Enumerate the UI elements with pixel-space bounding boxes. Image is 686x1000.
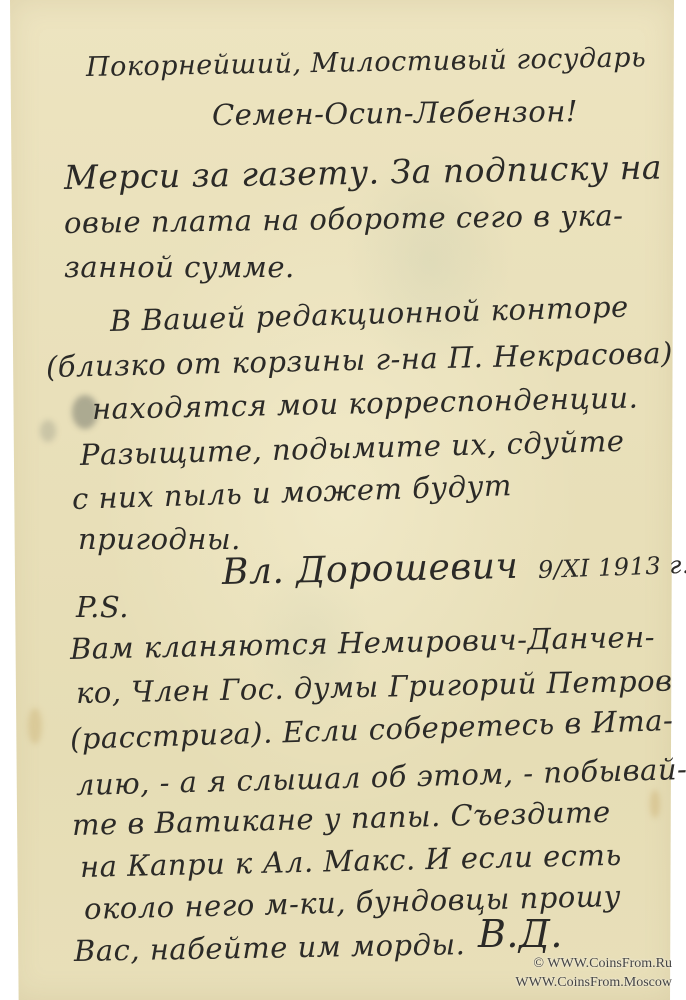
body-line-3: занной сумме.	[64, 250, 295, 284]
paper-stain	[28, 708, 42, 744]
postscript-label: P.S.	[76, 590, 129, 624]
signature-date: 9/XI 1913 г.	[538, 551, 686, 584]
postscript-initials: В.Д.	[478, 912, 563, 956]
watermark-line-1: © WWW.CoinsFrom.Ru	[515, 954, 672, 973]
postscript-line-8: Вас, набейте им морды.	[74, 927, 466, 968]
paper-stain	[650, 790, 660, 818]
watermark-line-2: WWW.CoinsFrom.Moscow	[515, 973, 672, 992]
copyright-watermark: © WWW.CoinsFrom.Ru WWW.CoinsFrom.Moscow	[515, 954, 672, 992]
body-line-9: пригодны.	[78, 522, 241, 556]
ink-smudge	[40, 420, 56, 442]
salutation-line-2: Семен-Осип-Лебензон!	[212, 94, 578, 132]
signature-name: Вл. Дорошевич	[222, 546, 519, 593]
